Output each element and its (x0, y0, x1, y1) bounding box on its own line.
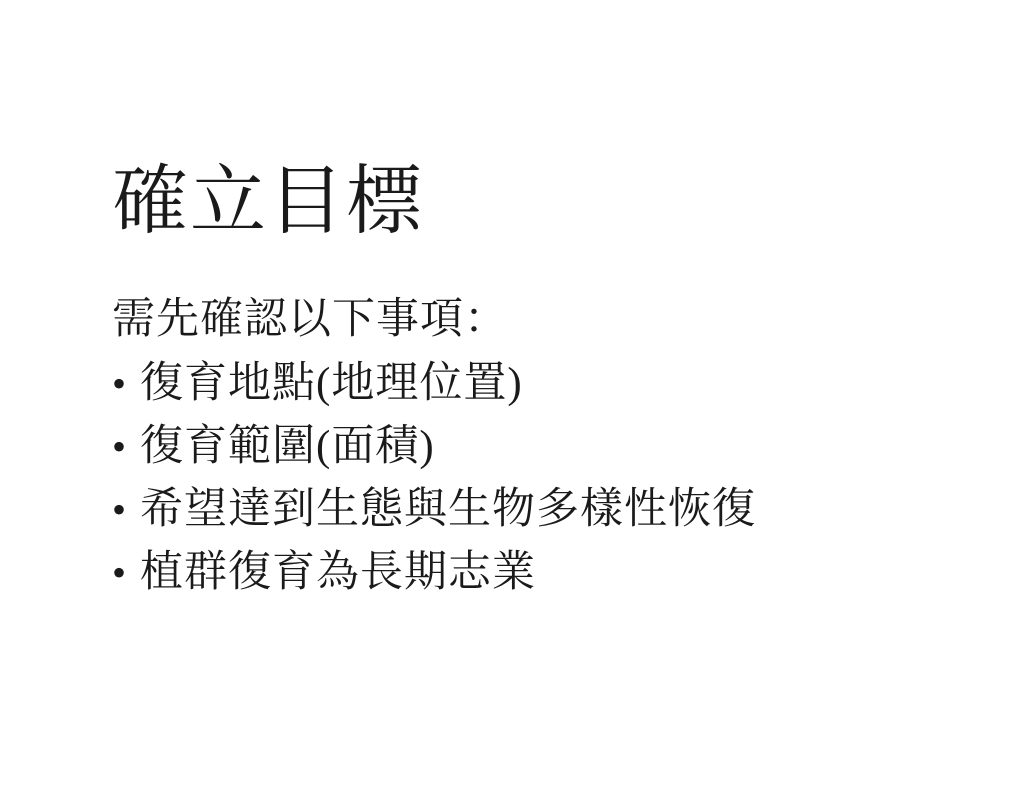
bullet-text: 復育地點(地理位置) (140, 352, 523, 415)
bullet-icon: • (112, 415, 140, 478)
bullet-list: • 復育地點(地理位置) • 復育範圍(面積) • 希望達到生態與生物多樣性恢復… (112, 352, 972, 604)
bullet-text: 復育範圍(面積) (140, 415, 435, 478)
slide-title: 確立目標 (112, 159, 424, 246)
bullet-text: 植群復育為長期志業 (140, 541, 536, 604)
bullet-icon: • (112, 352, 140, 415)
slide-body: 需先確認以下事項： • 復育地點(地理位置) • 復育範圍(面積) • 希望達到… (112, 288, 972, 604)
bullet-icon: • (112, 478, 140, 541)
list-item: • 植群復育為長期志業 (112, 541, 972, 604)
list-item: • 復育範圍(面積) (112, 415, 972, 478)
bullet-text: 希望達到生態與生物多樣性恢復 (140, 478, 756, 541)
presentation-slide: 確立目標 需先確認以下事項： • 復育地點(地理位置) • 復育範圍(面積) •… (0, 0, 1024, 789)
intro-text: 需先確認以下事項： (112, 288, 972, 351)
list-item: • 希望達到生態與生物多樣性恢復 (112, 478, 972, 541)
list-item: • 復育地點(地理位置) (112, 352, 972, 415)
bullet-icon: • (112, 541, 140, 604)
